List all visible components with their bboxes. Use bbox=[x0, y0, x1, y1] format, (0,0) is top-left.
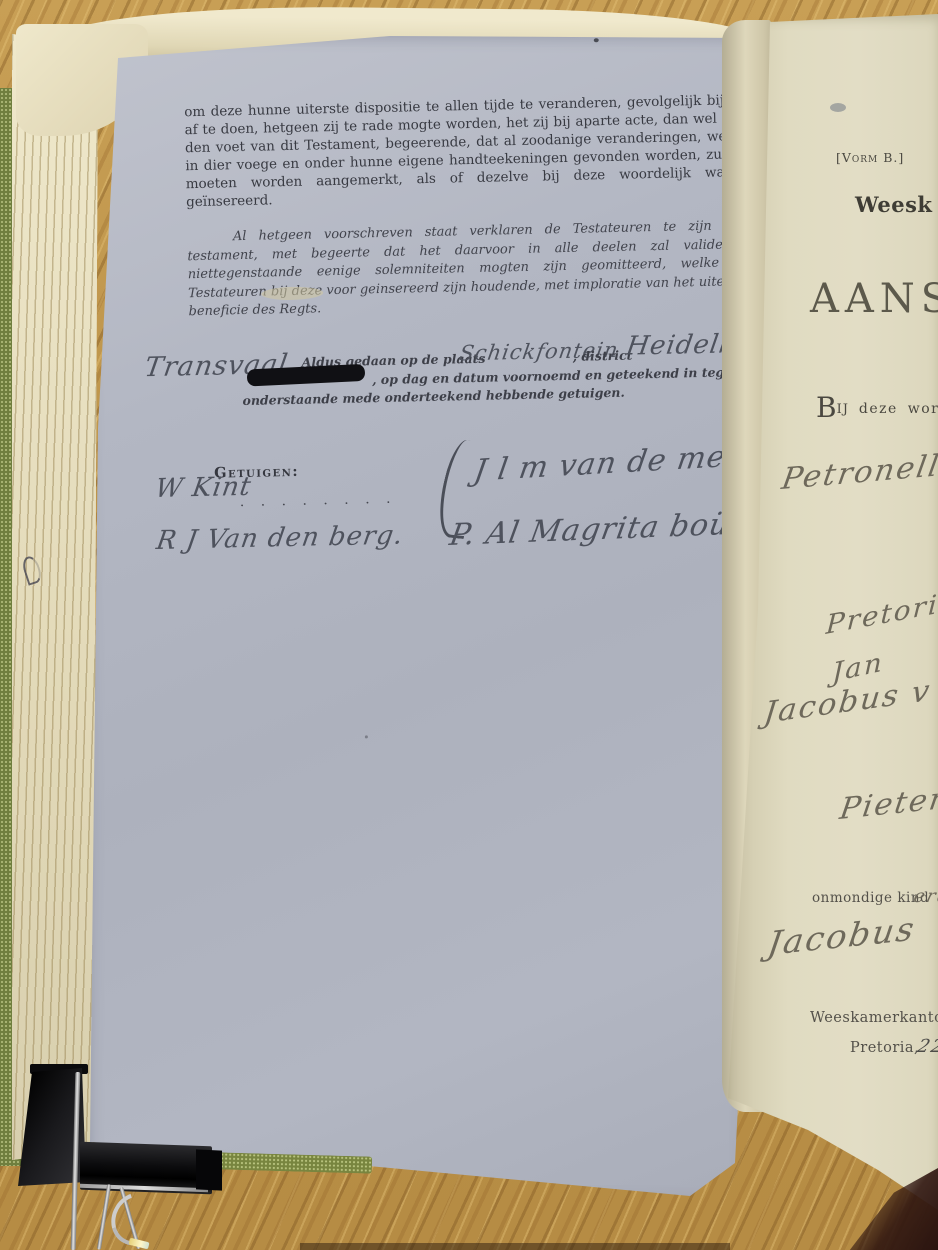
binder-clip-front-end bbox=[196, 1149, 222, 1190]
office-printed-line: Weeskamerkantoor, Z bbox=[810, 1010, 938, 1026]
dotted-signature-line: . . . . . . . . bbox=[240, 491, 397, 510]
ink-speck bbox=[594, 38, 599, 42]
left-page-edge-stack bbox=[12, 34, 98, 1160]
drop-cap-b: B bbox=[816, 391, 837, 424]
testator-signature-1: J l m van de mer bbox=[471, 438, 743, 488]
body-opening-line: Bij deze wordt aa bbox=[816, 398, 938, 418]
handwritten-name-pieter: Pieter bbox=[837, 781, 938, 827]
testator-signature-2: P. Al Magrita boü bbox=[447, 507, 733, 553]
closing-line-printed: onderstaande mede onderteekend hebbende … bbox=[242, 385, 625, 408]
shadow-bottom-right bbox=[840, 1168, 938, 1250]
handwritten-name-jacobus-2: Jacobus bbox=[765, 909, 918, 963]
city-printed-label: Pretoria, bbox=[850, 1040, 919, 1056]
witness-signature-1: W Kint bbox=[153, 472, 254, 504]
archive-document-photo: om deze hunne uiterste dispositie te all… bbox=[0, 0, 938, 1250]
handwritten-name-petronella: Petronella M bbox=[779, 443, 938, 497]
ink-speck bbox=[365, 735, 368, 738]
clip-wire-handle bbox=[97, 1184, 111, 1250]
small-caps-ij: ij bbox=[837, 402, 849, 417]
testament-paragraph: om deze hunne uiterste dispositie te all… bbox=[184, 91, 748, 211]
weeskamer-heading-partial: Weesk bbox=[855, 192, 932, 217]
form-b-tag: [Vorm B.] bbox=[836, 150, 904, 165]
witness-signature-2: R J Van den berg. bbox=[154, 521, 405, 556]
left-page-content: om deze hunne uiterste dispositie te all… bbox=[87, 15, 784, 1205]
testament-clause-paragraph: Al hetgeen voorschreven staat verklaren … bbox=[187, 217, 751, 322]
handwritten-name-pretoriu: Pretoriu bbox=[825, 586, 938, 641]
minors-handwritten-suffix: ere bbox=[911, 886, 938, 907]
ink-smudge-right-page bbox=[830, 103, 846, 112]
aanstelling-title-partial: AANST bbox=[810, 276, 938, 322]
body-opening-rest: deze wordt aa bbox=[849, 401, 938, 417]
table-shadow-band bbox=[300, 1243, 730, 1250]
left-document-page: om deze hunne uiterste dispositie te all… bbox=[90, 28, 762, 1204]
